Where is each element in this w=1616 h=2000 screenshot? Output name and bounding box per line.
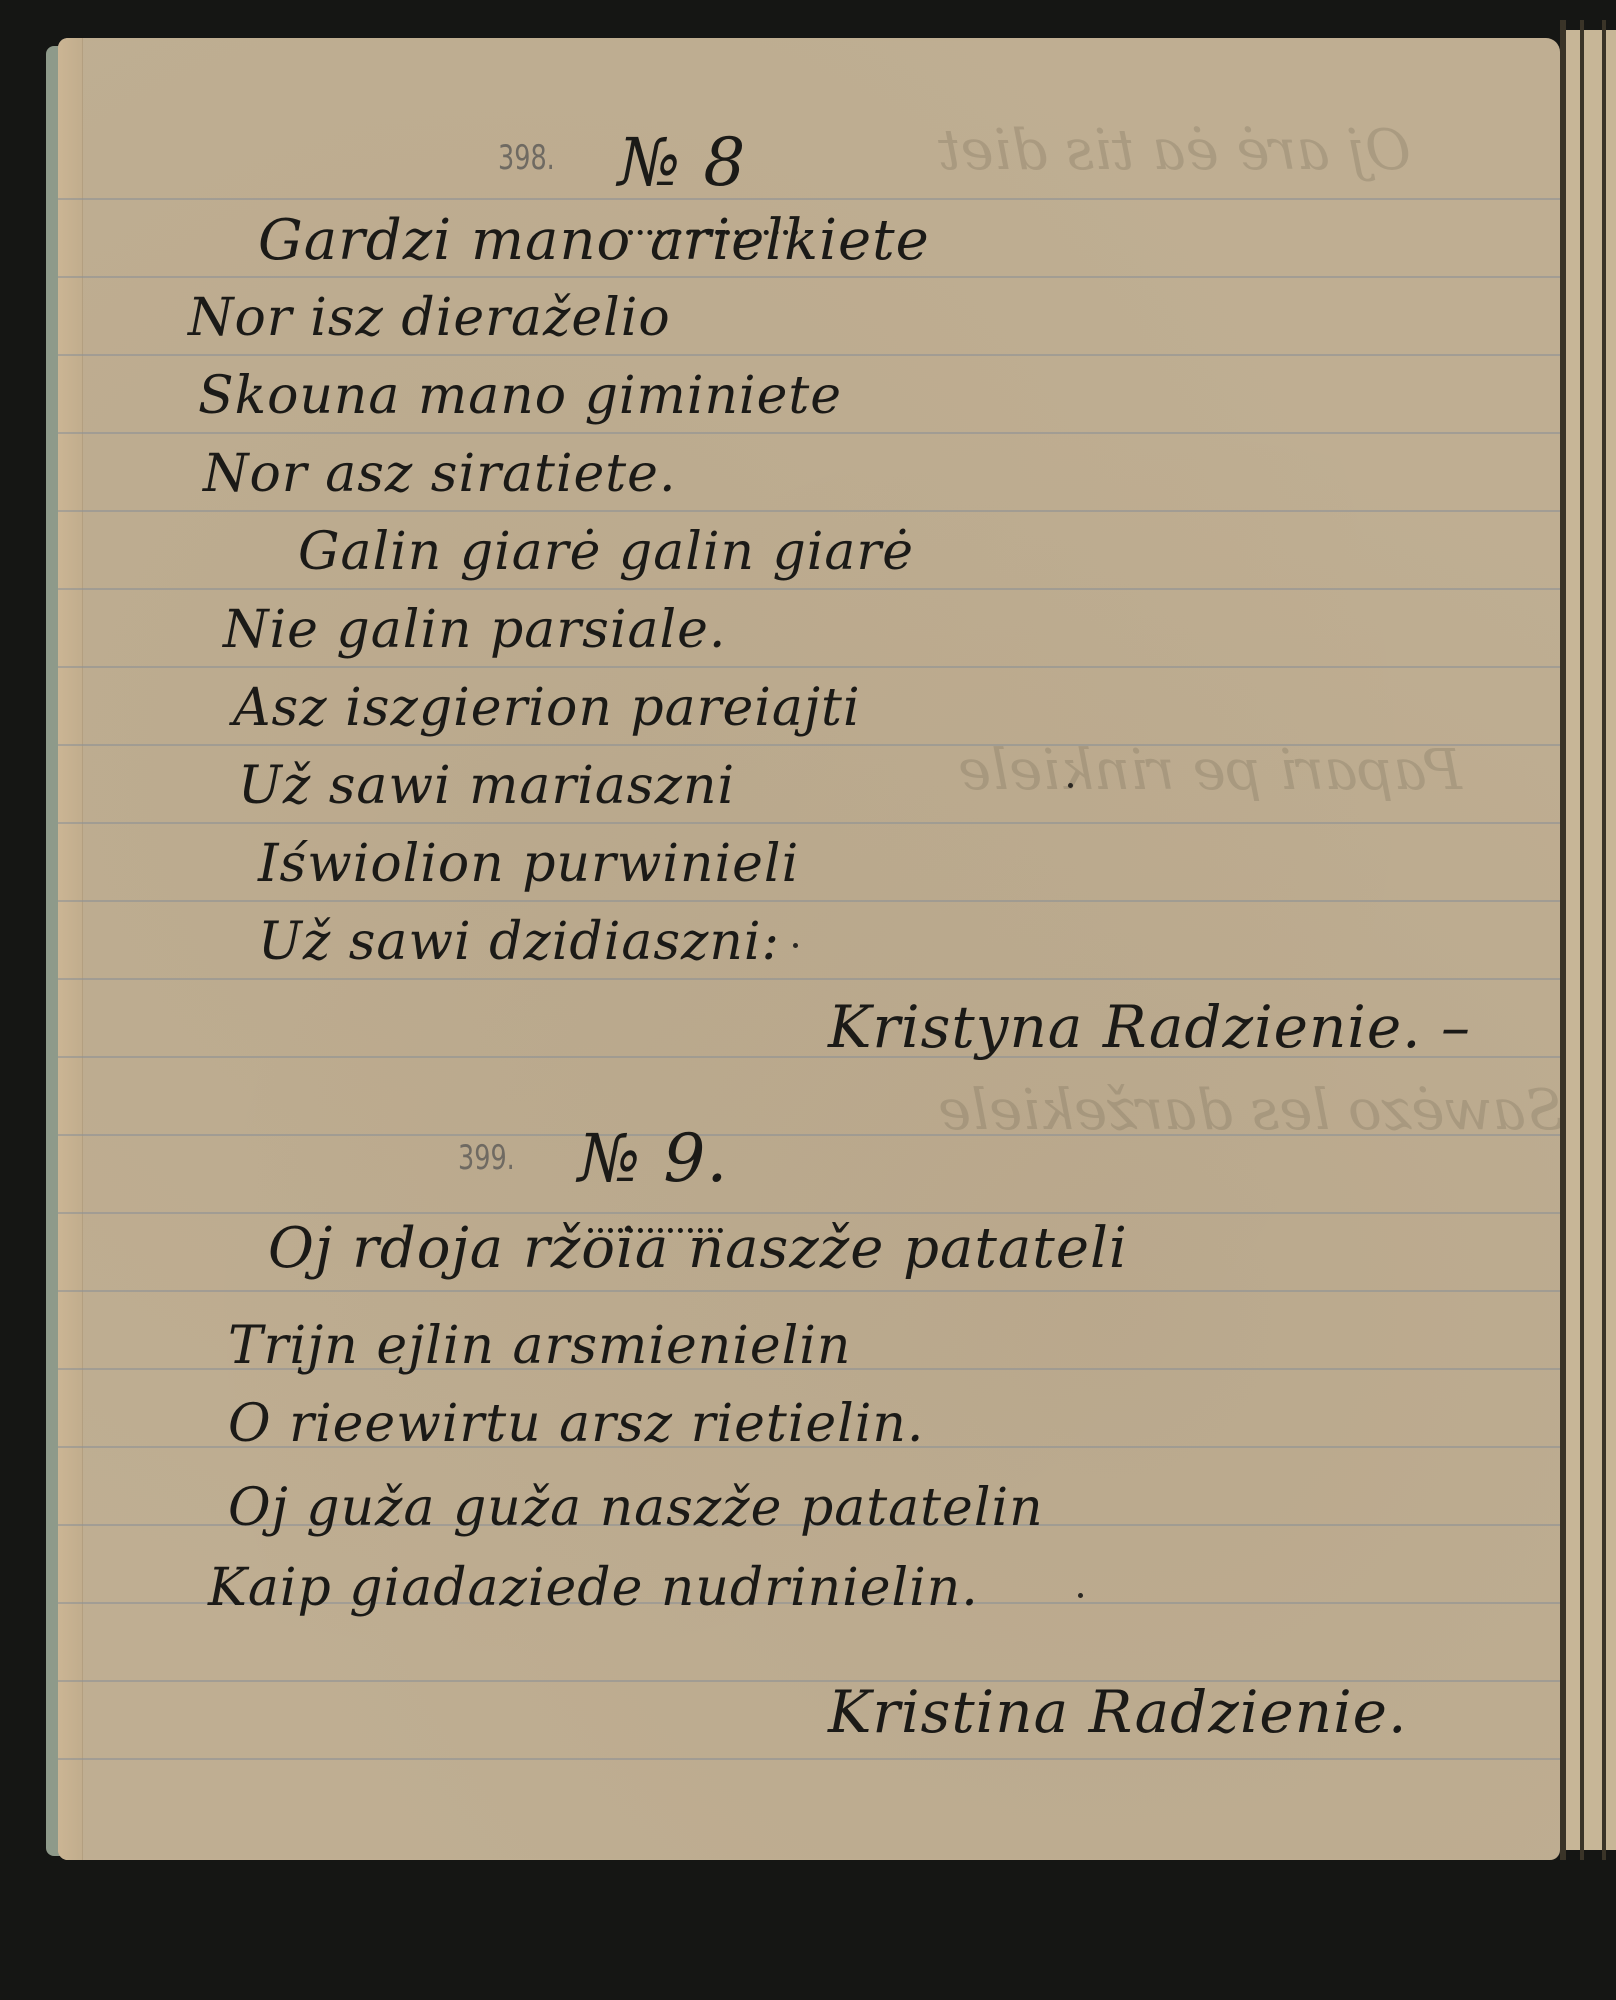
ruled-line xyxy=(58,432,1560,434)
ruled-line xyxy=(58,588,1560,590)
ink-dot xyxy=(1068,783,1073,788)
page-fold xyxy=(58,38,83,1860)
song-line: Gardzi mano arielkiete xyxy=(258,208,930,273)
song-line: O rieewirtu arsz rietielin. xyxy=(228,1394,924,1454)
song-line: Galin giarė galin giarė xyxy=(298,522,914,582)
bleed-through-text: Sawėzo les daržekiele xyxy=(938,1078,1560,1143)
song-line: Trijn ejlin arsmienielin xyxy=(228,1316,851,1376)
ruled-line xyxy=(58,1290,1560,1292)
song-line: Nie galin parsiale. xyxy=(223,600,726,660)
song-heading: № 9. xyxy=(578,1120,728,1197)
ruled-line xyxy=(58,276,1560,278)
signature: Kristina Radzienie. xyxy=(828,1678,1407,1746)
ink-dot xyxy=(793,943,798,948)
ruled-line xyxy=(58,666,1560,668)
ruled-line xyxy=(58,1212,1560,1214)
song-line: Nor asz siratiete. xyxy=(203,444,676,504)
ruled-line xyxy=(58,822,1560,824)
ruled-line xyxy=(58,354,1560,356)
song-line: Skouna mano giminiete xyxy=(198,366,842,426)
ink-dot xyxy=(1078,1593,1083,1598)
song-line: Už sawi dzidiaszni: xyxy=(258,912,780,972)
archive-number: 399. xyxy=(458,1138,515,1178)
song-line: Oj rdoja ržoia naszže patateli xyxy=(268,1216,1128,1281)
notebook-page: Oj arė ėa tis diet Papari pe rinkiele Sa… xyxy=(58,38,1560,1860)
song-line: Oj guža guža naszže patatelin xyxy=(228,1478,1044,1538)
song-line: Asz iszgierion pareiajti xyxy=(233,678,861,738)
page-stack-edge xyxy=(1584,30,1602,1850)
song-line: Iświolion purwinieli xyxy=(258,834,799,894)
bleed-through-text: Papari pe rinkiele xyxy=(958,738,1462,803)
song-line: Už sawi mariaszni xyxy=(238,756,735,816)
ruled-line xyxy=(58,1758,1560,1760)
ruled-line xyxy=(58,900,1560,902)
song-heading: № 8 xyxy=(618,124,746,201)
ruled-line xyxy=(58,198,1560,200)
song-line: Kaip giadaziede nudrinielin. xyxy=(208,1558,979,1618)
bleed-through-text: Oj arė ėa tis diet xyxy=(938,118,1411,183)
page-stack-edge xyxy=(1566,30,1580,1850)
ruled-line xyxy=(58,978,1560,980)
page-stack-edge xyxy=(1606,30,1616,1850)
ruled-line xyxy=(58,510,1560,512)
song-line: Nor isz dieraželio xyxy=(188,288,671,348)
archive-number: 398. xyxy=(498,138,555,178)
signature: Kristyna Radzienie. – xyxy=(828,993,1471,1061)
